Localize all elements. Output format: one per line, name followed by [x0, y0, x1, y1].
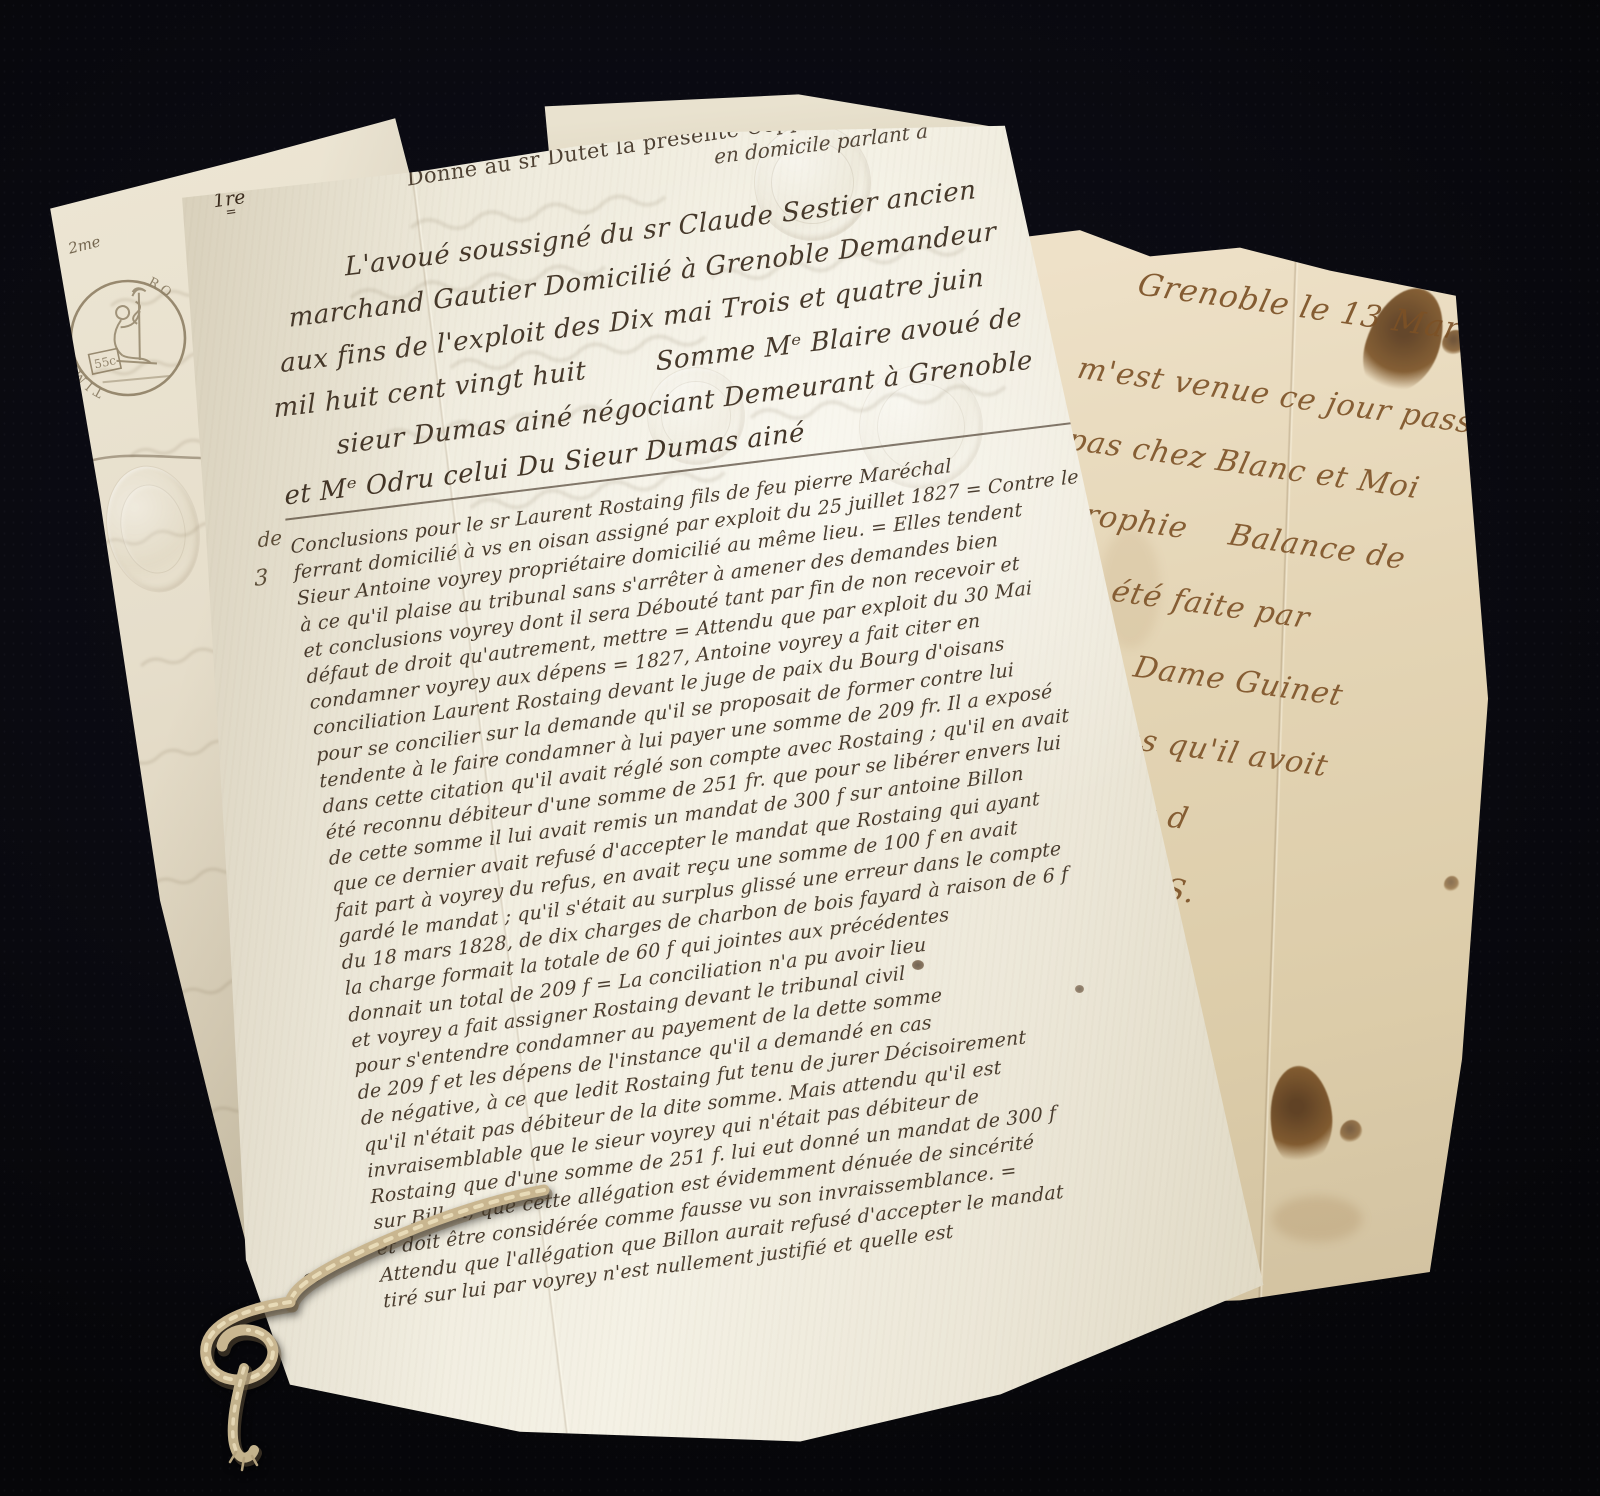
- margin-fragment: 3: [254, 565, 269, 592]
- margin-fragment: de: [257, 525, 282, 552]
- photograph-scene: 2me TIMBRE RO: [0, 0, 1600, 1496]
- twine-string: [140, 1160, 600, 1490]
- ink-stain: [1444, 876, 1459, 891]
- page-number-marker: 1re =: [212, 190, 248, 222]
